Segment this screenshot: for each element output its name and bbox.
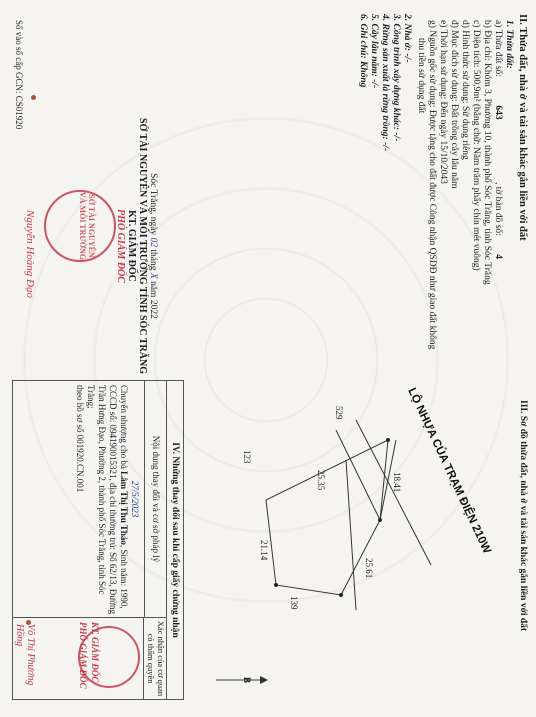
- use-origin-1: g) Nguồn gốc sử dụng: Được tặng cho đất …: [426, 20, 437, 349]
- edge-label: 18.41: [392, 472, 402, 492]
- authority-confirmation-header: Xác nhận của cơ quan có thẩm quyền: [143, 618, 167, 699]
- edge-east: [346, 460, 356, 610]
- official-seal: SỞ TÀI NGUYÊN VÀ MÔI TRƯỜNG: [44, 190, 116, 262]
- change-content-header: Nội dung thay đổi và cơ sở pháp lý: [144, 381, 167, 618]
- signer-role: PHÓ GIÁM ĐỐC: [115, 118, 126, 374]
- map-sheet-label: , tờ bản đồ số:: [493, 182, 503, 236]
- day-handwritten: 02: [148, 238, 158, 248]
- edge-north: [336, 430, 380, 520]
- perennial-trees: 5. Cây lâu năm: -/-: [368, 14, 379, 88]
- registry-number: Số vào sổ cấp GCN: CS01920: [14, 20, 24, 129]
- edge-label: 25.35: [316, 470, 326, 491]
- north-label: B: [242, 677, 252, 683]
- signer-name: Nguyễn Hoàng Đạo: [24, 210, 36, 298]
- use-purpose: đ) Mục đích sử dụng: Đất trồng cây lâu n…: [448, 20, 459, 188]
- parcel-diagram: LỘ NHỰA CỦA TRẠM ĐIỆN 210W 18.41 25.61 2…: [196, 380, 506, 710]
- area: c) Diện tích: 500,9m² (bằng chữ: Năm tră…: [470, 20, 481, 271]
- place-date: Sóc Trăng, ngày 02 tháng X năm 2022: [148, 118, 158, 374]
- use-origin-2: thu tiền sử dụng đất: [415, 38, 426, 113]
- confirm-signer-name: Võ Thị Phương Hồng: [14, 624, 36, 699]
- issuing-organization: SỞ TÀI NGUYÊN VÀ MÔI TRƯỜNG TỈNH SÓC TRĂ…: [137, 118, 148, 374]
- edge-label: 25.61: [364, 558, 374, 578]
- entry-date: 27/5/2023: [129, 381, 140, 617]
- neighbor-label: 529: [334, 406, 344, 420]
- section-4-title: IV. Những thay đổi sau khi cấp giấy chứn…: [166, 381, 183, 699]
- land-heading: 1. Thửa đất:: [503, 20, 514, 69]
- address: b) Địa chỉ: Khóm 3, Phường 10, thành phố…: [481, 20, 492, 285]
- parcel-row: a) Thửa đất số: 643 , tờ bản đồ số: 4: [492, 20, 503, 259]
- edge-label: 21.14: [259, 540, 269, 561]
- neighbor-label: 139: [289, 596, 299, 610]
- changes-table: IV. Những thay đổi sau khi cấp giấy chứn…: [12, 380, 184, 700]
- entry-line-4: theo hồ sơ số 001920.CN.001: [74, 381, 85, 617]
- section-2-title: II. Thửa đất, nhà ở và tài sản khác gắn …: [517, 14, 528, 241]
- certificate-page: II. Thửa đất, nhà ở và tài sản khác gắn …: [0, 0, 536, 717]
- road-label: LỘ NHỰA CỦA TRẠM ĐIỆN 210W: [405, 386, 493, 556]
- house: 2. Nhà ở: -/-: [401, 14, 412, 62]
- neighbor-label: 123: [242, 450, 252, 464]
- production-forest: 4. Rừng sản xuất là rừng trồng: -/-: [379, 14, 390, 151]
- road-edge: [356, 420, 431, 565]
- change-entry: 27/5/2023 Chuyển nhượng cho bà Lâm Thị T…: [13, 381, 144, 618]
- other-construction: 3. Công trình xây dựng khác: -/-: [390, 14, 401, 141]
- parcel-label: a) Thửa đất số:: [493, 20, 503, 77]
- section-3-title: III. Sơ đồ thửa đất, nhà ở và tài sản kh…: [518, 400, 528, 631]
- stain-mark: [26, 620, 31, 625]
- signature-block: Sóc Trăng, ngày 02 tháng X năm 2022 SỞ T…: [115, 118, 158, 374]
- entry-line-2: CCCD số: 094190015321, địa chỉ thường tr…: [107, 381, 118, 617]
- entry-line-1: Chuyển nhượng cho bà Lâm Thị Thu Thảo, S…: [118, 381, 129, 617]
- stain-mark: [31, 95, 36, 100]
- parcel-number: 643: [493, 105, 503, 119]
- authority-confirmation: KT. GIÁM ĐỐC PHÓ GIÁM ĐỐC Võ Thị Phương …: [13, 618, 144, 699]
- notes: 6. Ghi chú: Không: [357, 14, 368, 87]
- use-term: e) Thời hạn sử dụng: Đến ngày 15/10/2043: [437, 20, 448, 184]
- signer-title: KT. GIÁM ĐỐC: [126, 118, 137, 374]
- use-form: d) Hình thức sử dụng: Sử dụng riêng: [459, 20, 470, 160]
- month-handwritten: X: [148, 273, 158, 279]
- map-sheet-number: 4: [493, 254, 503, 259]
- entry-line-3: Trần Hưng Đạo, Phường 2, thành phố Sóc T…: [85, 381, 107, 617]
